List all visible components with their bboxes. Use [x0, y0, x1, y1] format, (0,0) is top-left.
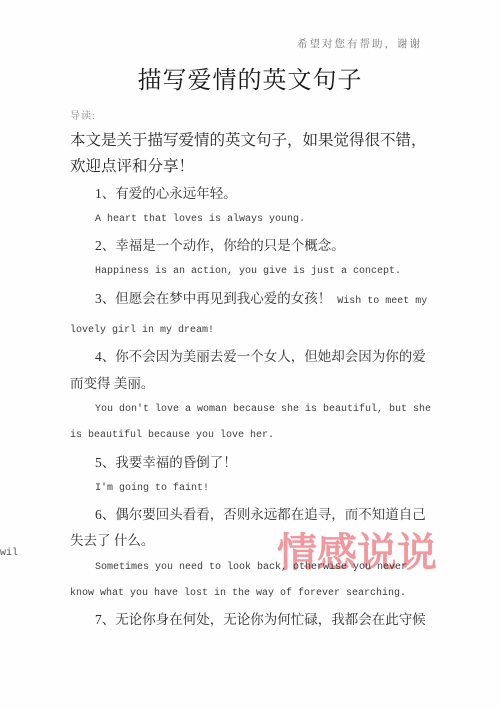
- sentence-en: You don't love a woman because she is be…: [70, 397, 433, 450]
- sentence-en: I'm going to faint!: [70, 476, 433, 502]
- sentence-mixed: 3、但愿会在梦中再见到我心爱的女孩！ Wish to meet my lovel…: [70, 286, 433, 345]
- sentence-cn: 2、幸福是一个动作，你给的只是个概念。: [70, 233, 433, 259]
- sentence-cn: 1、有爱的心永远年轻。: [70, 181, 433, 207]
- header-note: 希望对您有帮助，谢谢: [297, 36, 422, 51]
- side-text: wil: [0, 548, 18, 559]
- sentence-cn: 7、无论你身在何处，无论你为何忙碌，我都会在此守候: [70, 607, 433, 633]
- intro-paragraph: 本文是关于描写爱情的英文句子，如果觉得很不错，欢迎点评和分享！: [70, 128, 433, 181]
- sentence-cn: 6、偶尔要回头看看，否则永远都在追寻，而不知道自己失去了 什么。: [70, 502, 433, 555]
- sentence-cn: 4、你不会因为美丽去爱一个女人，但她却会因为你的爱而变得 美丽。: [70, 344, 433, 397]
- sentence-en: Sometimes you need to look back, otherwi…: [70, 555, 433, 608]
- page-title: 描写爱情的英文句子: [0, 66, 500, 96]
- sentence-en: A heart that loves is always young.: [70, 207, 433, 233]
- sentence-cn-run: 3、但愿会在梦中再见到我心爱的女孩！: [95, 291, 331, 306]
- sentence-cn: 5、我要幸福的昏倒了！: [70, 450, 433, 476]
- document-body: 本文是关于描写爱情的英文句子，如果觉得很不错，欢迎点评和分享！ 1、有爱的心永远…: [70, 128, 433, 634]
- document-page: 希望对您有帮助，谢谢 描写爱情的英文句子 导读: 情感说说 wil 本文是关于描…: [0, 0, 500, 708]
- sentence-en: Happiness is an action, you give is just…: [70, 259, 433, 285]
- lead-label: 导读:: [70, 107, 96, 122]
